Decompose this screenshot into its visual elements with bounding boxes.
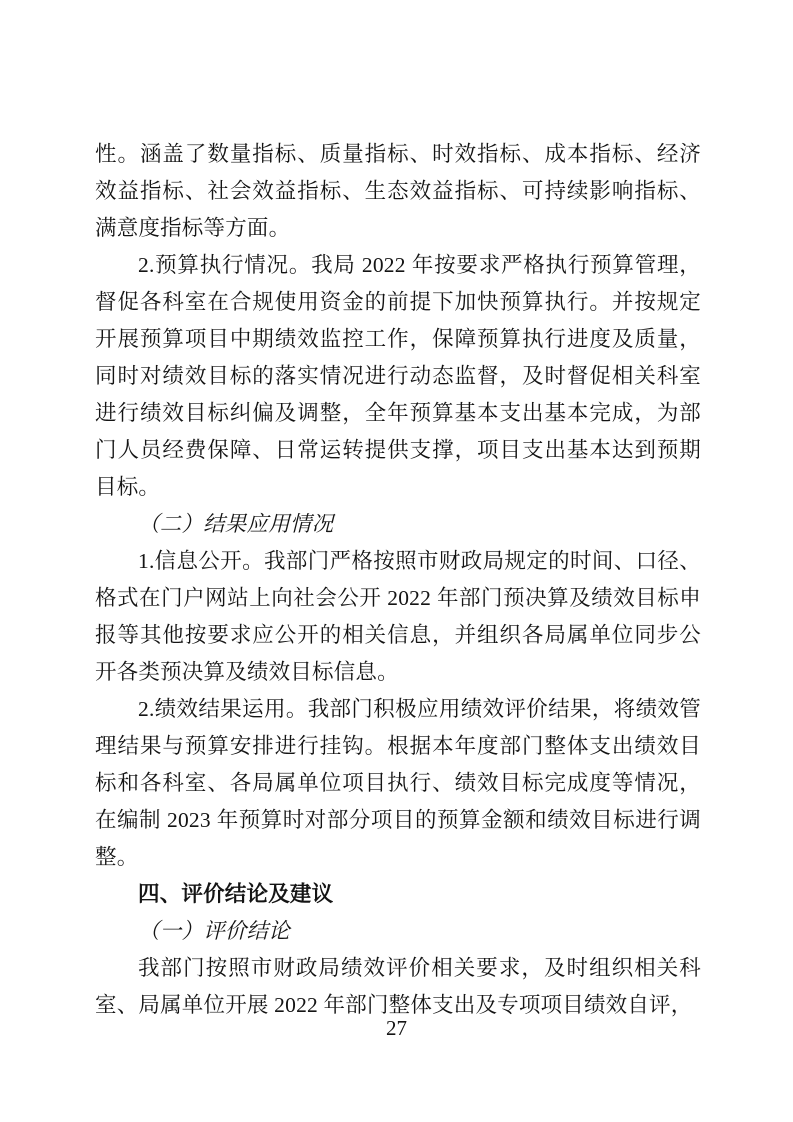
paragraph-continuation: 性。涵盖了数量指标、质量指标、时效指标、成本指标、经济效益指标、社会效益指标、生… bbox=[95, 136, 701, 247]
paragraph-information-disclosure: 1.信息公开。我部门严格按照市财政局规定的时间、口径、格式在门户网站上向社会公开… bbox=[95, 543, 701, 691]
page-body: 性。涵盖了数量指标、质量指标、时效指标、成本指标、经济效益指标、社会效益指标、生… bbox=[95, 136, 701, 1024]
page-footer: 27 bbox=[0, 1016, 793, 1041]
page-number: 27 bbox=[386, 1016, 407, 1040]
section-heading-conclusion-suggestion: 四、评价结论及建议 bbox=[95, 876, 701, 913]
document-page: 性。涵盖了数量指标、质量指标、时效指标、成本指标、经济效益指标、社会效益指标、生… bbox=[0, 0, 793, 1122]
paragraph-evaluation-conclusion: 我部门按照市财政局绩效评价相关要求，及时组织相关科室、局属单位开展 2022 年… bbox=[95, 950, 701, 1024]
subsection-heading-evaluation-conclusion: （一）评价结论 bbox=[95, 913, 701, 950]
subsection-heading-result-application: （二）结果应用情况 bbox=[95, 506, 701, 543]
paragraph-budget-execution: 2.预算执行情况。我局 2022 年按要求严格执行预算管理，督促各科室在合规使用… bbox=[95, 247, 701, 506]
paragraph-performance-result-use: 2.绩效结果运用。我部门积极应用绩效评价结果，将绩效管理结果与预算安排进行挂钩。… bbox=[95, 691, 701, 876]
